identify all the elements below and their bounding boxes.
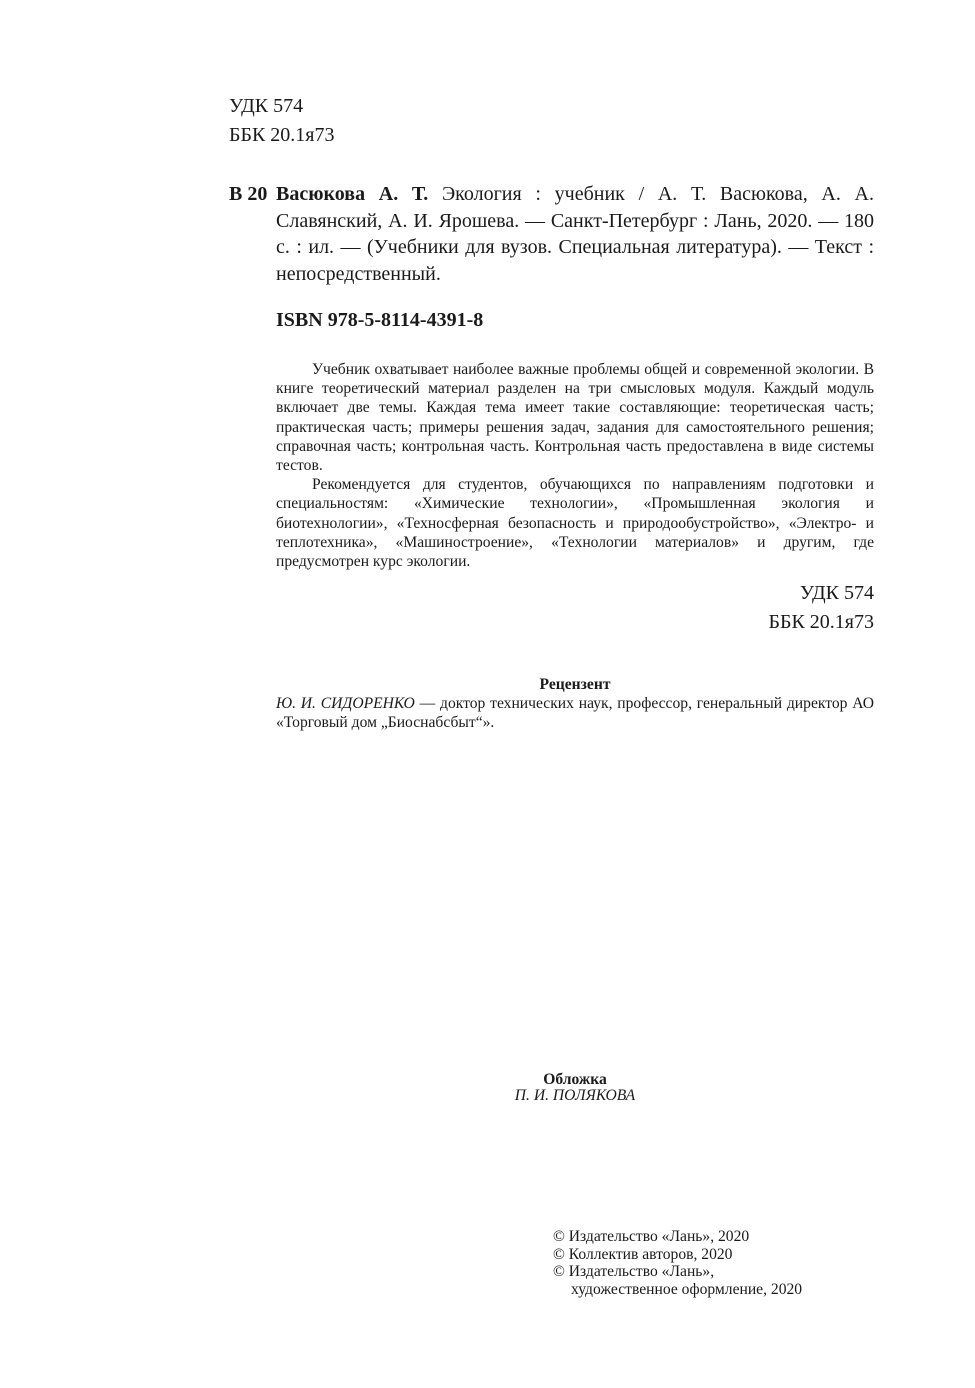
copyright-block: © Издательство «Лань», 2020 © Коллектив …	[553, 1228, 802, 1298]
reviewer-name: Ю. И. СИДОРЕНКО	[276, 695, 415, 712]
udk-code: УДК 574	[229, 92, 335, 121]
bibliographic-description: Васюкова А. Т. Экология : учебник / А. Т…	[276, 181, 874, 287]
bibliographic-record: В 20 Васюкова А. Т. Экология : учебник /…	[229, 181, 874, 287]
author-name: Васюкова А. Т.	[276, 183, 428, 205]
reviewer-heading: Рецензент	[276, 676, 874, 694]
classification-top: УДК 574 ББК 20.1я73	[229, 92, 335, 150]
classification-bottom: УДК 574 ББК 20.1я73	[768, 579, 874, 637]
bbk-code: ББК 20.1я73	[229, 121, 335, 150]
cover-designer: П. И. ПОЛЯКОВА	[480, 1087, 670, 1105]
bbk-code: ББК 20.1я73	[768, 608, 874, 637]
copyright-line: © Издательство «Лань», 2020	[553, 1228, 802, 1246]
copyright-line: © Издательство «Лань»,	[553, 1263, 802, 1281]
author-code: В 20	[229, 181, 267, 208]
annotation-paragraph: Учебник охватывает наиболее важные пробл…	[276, 360, 874, 475]
annotation: Учебник охватывает наиболее важные пробл…	[276, 360, 874, 571]
reviewer-info: Ю. И. СИДОРЕНКО — доктор технических нау…	[276, 694, 874, 732]
annotation-paragraph: Рекомендуется для студентов, обучающихся…	[276, 475, 874, 571]
isbn: ISBN 978-5-8114-4391-8	[276, 309, 483, 332]
copyright-line: © Коллектив авторов, 2020	[553, 1246, 802, 1264]
copyright-continuation: художественное оформление, 2020	[553, 1281, 802, 1299]
udk-code: УДК 574	[768, 579, 874, 608]
